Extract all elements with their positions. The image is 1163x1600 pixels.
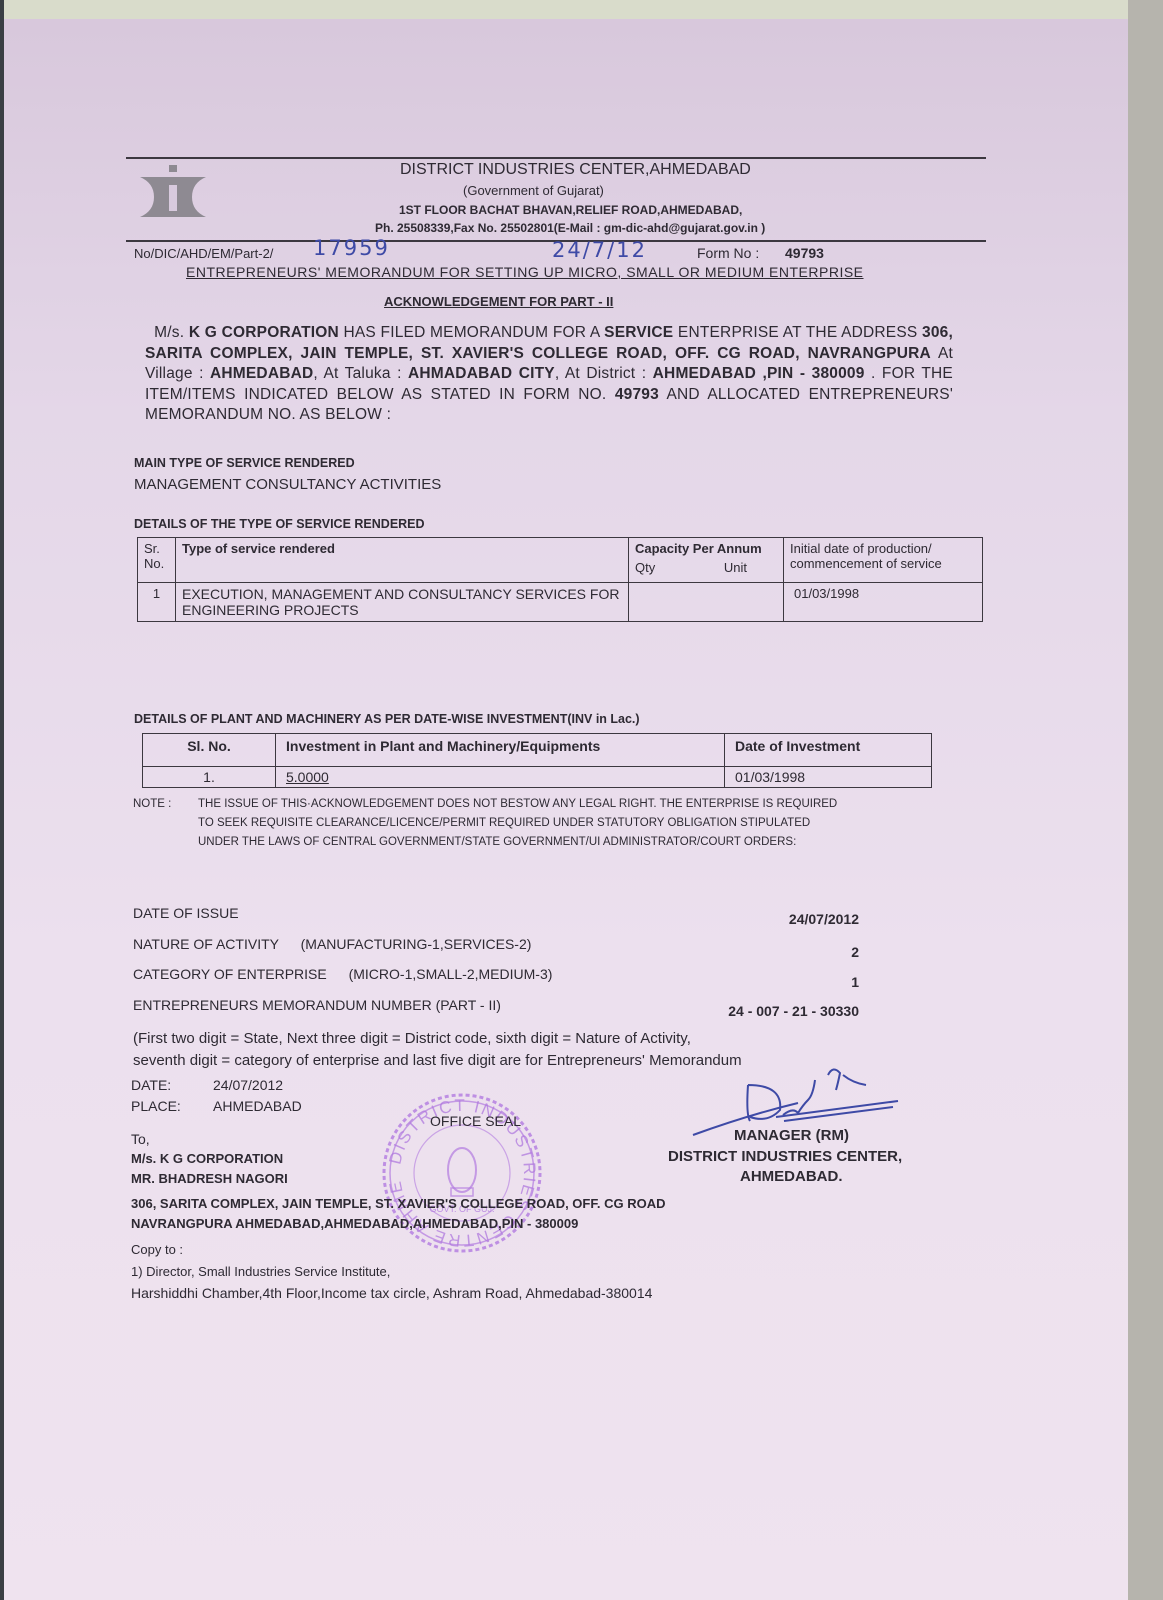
unit-label: Unit — [724, 560, 747, 575]
date-handwritten: 24/7/12 — [552, 238, 647, 262]
issue-date-label: DATE: — [131, 1077, 171, 1093]
cell-investment: 5.0000 — [276, 767, 725, 788]
recipient-address-1: 306, SARITA COMPLEX, JAIN TEMPLE, ST. XA… — [131, 1196, 665, 1211]
issue-place-label: PLACE: — [131, 1098, 181, 1114]
org-contact: Ph. 25508339,Fax No. 25502801(E-Mail : g… — [375, 221, 765, 235]
plant-table-header: Sl. No. Investment in Plant and Machiner… — [143, 734, 932, 767]
signatory-title: MANAGER (RM) — [734, 1127, 849, 1144]
date-of-issue-row: DATE OF ISSUE 24/07/2012 — [133, 905, 859, 921]
nature-label: NATURE OF ACTIVITY — [133, 936, 279, 952]
copy-to-label: Copy to : — [131, 1242, 183, 1257]
header-investment: Investment in Plant and Machinery/Equipm… — [276, 734, 725, 767]
date-of-issue-value: 24/07/2012 — [789, 911, 859, 927]
plant-table-title: DETAILS OF PLANT AND MACHINERY AS PER DA… — [134, 712, 640, 726]
em-number-label: ENTREPRENEURS MEMORANDUM NUMBER (PART - … — [133, 997, 501, 1013]
para-text: ENTERPRISE AT THE ADDRESS — [678, 324, 918, 341]
nature-value: 2 — [851, 944, 859, 960]
form-number: 49793 — [785, 245, 824, 261]
para-text: , At Taluka : — [313, 365, 401, 382]
recipient-address-2: NAVRANGPURA AHMEDABAD,AHMEDABAD,AHMEDABA… — [131, 1216, 578, 1231]
taluka: AHMADABAD CITY — [408, 365, 555, 382]
dic-logo-icon — [138, 165, 208, 225]
main-service-value: MANAGEMENT CONSULTANCY ACTIVITIES — [134, 476, 441, 493]
header-service-type: Type of service rendered — [176, 538, 629, 583]
para-form-number: 49793 — [615, 386, 659, 403]
service-table-title: DETAILS OF THE TYPE OF SERVICE RENDERED — [134, 517, 425, 531]
office-seal-label: OFFICE SEAL — [430, 1113, 521, 1129]
district-pin: AHMEDABAD ,PIN - 380009 — [653, 365, 865, 382]
cell-service-type: EXECUTION, MANAGEMENT AND CONSULTANCY SE… — [176, 583, 629, 622]
nature-of-activity-row: NATURE OF ACTIVITY (MANUFACTURING-1,SERV… — [133, 936, 859, 952]
em-explanation-1: (First two digit = State, Next three dig… — [133, 1030, 691, 1047]
company-name: K G CORPORATION — [189, 324, 339, 341]
header-commencement-date: Initial date of production/ commencement… — [784, 538, 983, 583]
org-name: DISTRICT INDUSTRIES CENTER,AHMEDABAD — [400, 161, 751, 179]
copy-to-line-1: 1) Director, Small Industries Service In… — [131, 1264, 390, 1279]
note-line: UNDER THE LAWS OF CENTRAL GOVERNMENT/STA… — [198, 833, 923, 852]
table-row: 1. 5.0000 01/03/1998 — [143, 767, 932, 788]
note-line: THE ISSUE OF THIS·ACKNOWLEDGEMENT DOES N… — [198, 795, 923, 814]
category-hint: (MICRO-1,SMALL-2,MEDIUM-3) — [349, 966, 553, 982]
enterprise-type: SERVICE — [604, 324, 673, 341]
note-line: TO SEEK REQUISITE CLEARANCE/LICENCE/PERM… — [198, 814, 923, 833]
para-text: HAS FILED MEMORANDUM FOR A — [344, 324, 600, 341]
ms-prefix: M/s. — [154, 324, 184, 341]
reference-prefix: No/DIC/AHD/EM/Part-2/ — [134, 246, 273, 261]
acknowledgement-title: ACKNOWLEDGEMENT FOR PART - II — [384, 294, 613, 309]
memorandum-title: ENTREPRENEURS' MEMORANDUM FOR SETTING UP… — [186, 264, 864, 280]
village: AHMEDABAD — [210, 365, 313, 382]
to-label: To, — [131, 1131, 150, 1147]
category-row: CATEGORY OF ENTERPRISE (MICRO-1,SMALL-2,… — [133, 966, 859, 982]
em-number-value: 24 - 007 - 21 - 30330 — [728, 1003, 859, 1019]
category-label: CATEGORY OF ENTERPRISE — [133, 966, 327, 982]
recipient-company: M/s. K G CORPORATION — [131, 1151, 283, 1166]
plant-machinery-table: Sl. No. Investment in Plant and Machiner… — [142, 733, 932, 788]
category-value: 1 — [851, 974, 859, 990]
form-number-label: Form No : — [697, 245, 759, 261]
capacity-label: Capacity Per Annum — [635, 541, 777, 556]
recipient-person: MR. BHADRESH NAGORI — [131, 1171, 288, 1186]
issue-place: AHMEDABAD — [213, 1098, 302, 1114]
cell-sr: 1 — [138, 583, 176, 622]
em-explanation-2: seventh digit = category of enterprise a… — [133, 1052, 742, 1069]
reference-number-handwritten: 17959 — [313, 236, 390, 260]
header-top-rule — [126, 157, 986, 159]
org-address: 1ST FLOOR BACHAT BHAVAN,RELIEF ROAD,AHME… — [399, 203, 742, 217]
cell-capacity — [629, 583, 784, 622]
org-government: (Government of Gujarat) — [463, 183, 604, 198]
date-of-issue-label: DATE OF ISSUE — [133, 905, 239, 921]
header-sr-no: Sr. No. — [138, 538, 176, 583]
cell-commencement-date: 01/03/1998 — [784, 583, 983, 622]
legal-note: NOTE : THE ISSUE OF THIS·ACKNOWLEDGEMENT… — [133, 795, 923, 852]
header-capacity: Capacity Per Annum Qty Unit — [629, 538, 784, 583]
copy-to-line-2: Harshiddhi Chamber,4th Floor,Income tax … — [131, 1285, 652, 1301]
service-table: Sr. No. Type of service rendered Capacit… — [137, 537, 983, 622]
nature-hint: (MANUFACTURING-1,SERVICES-2) — [301, 936, 532, 952]
cell-sl-no: 1. — [143, 767, 276, 788]
note-label: NOTE : — [133, 795, 171, 814]
header-sl-no: Sl. No. — [143, 734, 276, 767]
cell-investment-date: 01/03/1998 — [725, 767, 932, 788]
em-number-row: ENTREPRENEURS MEMORANDUM NUMBER (PART - … — [133, 997, 859, 1013]
acknowledgement-paragraph: M/s. K G CORPORATION HAS FILED MEMORANDU… — [145, 323, 953, 426]
para-text: , At District : — [555, 365, 646, 382]
signatory-city: AHMEDABAD. — [740, 1168, 843, 1185]
scanner-bed-top — [0, 0, 1163, 20]
signatory-org: DISTRICT INDUSTRIES CENTER, — [668, 1148, 902, 1165]
service-table-header: Sr. No. Type of service rendered Capacit… — [138, 538, 983, 583]
table-row: 1 EXECUTION, MANAGEMENT AND CONSULTANCY … — [138, 583, 983, 622]
header-investment-date: Date of Investment — [725, 734, 932, 767]
main-service-label: MAIN TYPE OF SERVICE RENDERED — [134, 456, 355, 470]
qty-label: Qty — [635, 560, 655, 575]
scanner-bed-right — [1128, 0, 1163, 1600]
issue-date: 24/07/2012 — [213, 1077, 283, 1093]
